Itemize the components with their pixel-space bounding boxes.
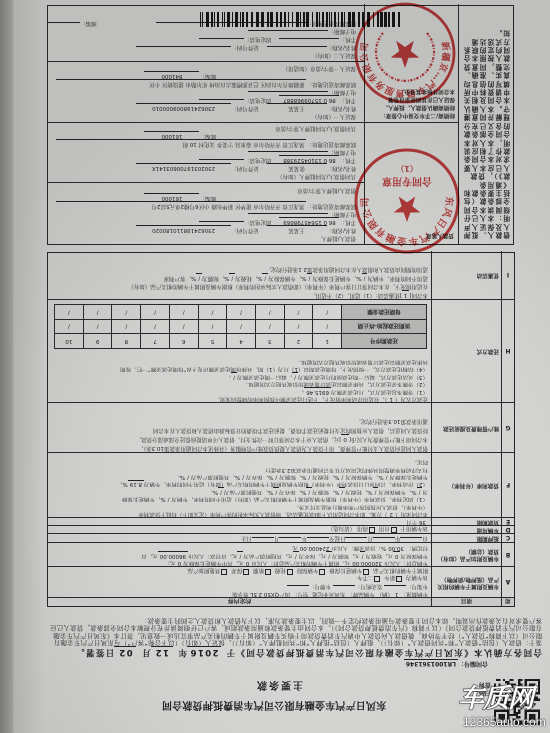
address-value: 新疆维吾尔自治区 巴音郭楞蒙古自治州 库尔勒市 建设辖区 小区 [56,79,306,86]
clause-line: （年利率），借款人应按照客户利率履行利息支付义务。 [51,502,428,509]
clause-text: ）方案。如本合同适用以下第I款优惠活动，则借款人实际承担的客户利率（定义如下）将… [138,511,387,517]
clause-text: %，贴膜为 [202,275,229,281]
lender-seal-serial: （1） [396,164,418,174]
clause-text: 约定。 [411,459,428,465]
clause-text: %。 [207,489,218,495]
filled-value: / [166,495,172,501]
postcode-value [48,22,80,27]
clause-text: 元 [292,545,298,551]
party-role-label: 共同借款人/共同抵押人（如有） [277,173,356,179]
filled-value: / [384,473,390,479]
schedule-cell: / [141,319,170,334]
filled-value: 36 [417,518,428,524]
schedule-cell: / [284,305,313,320]
clause-text: 元，其中车辆延长保修为 [183,560,244,566]
party-co-borrower: 共同借款人/共同抵押人（如有）姓名/名称：张某某证件号码：23020319700… [48,122,364,182]
clause-text: （1）固定利率。贷款利率（年利率）根据车辆及附属于车辆的相关产品（如有）适用不同… [171,496,428,502]
term-key-b: B [501,542,514,566]
term-key-h: H [501,299,514,402]
row-label-amount: 每期还款金额 [342,305,427,320]
filled-value: / [340,473,346,479]
filled-value: / [417,487,423,493]
mobile-value: 86 0 15645798669 [279,217,339,224]
schedule-cell: 4 [227,334,256,349]
clause-text: 适用的期间由贷款人和借款人在本合同通用条款第2.1条进行约定。 [265,267,428,273]
clause-text: %，轮毂为 [235,275,262,281]
filled-value: 东风英菲尼迪 [310,590,347,596]
clause-text: （年利率），借款人应按照客户利率履行利息支付义务。 [293,504,428,510]
clause-text: %，车辆延长保修 [122,496,166,502]
email-label: 电子邮箱： [328,149,356,155]
schedule-cell: / [198,319,227,334]
clause-text: 该车辆用于 [399,526,428,532]
schedule-cell: 8 [112,334,141,349]
address-label: 联系邮寄送达地址： [306,141,356,147]
clause-text: 有关浮动利率调整的具体约定由双方在本合同通用条款第2.3条进行 [265,467,428,473]
id-value: 23020319700603141X [136,163,231,170]
clause-text: 。 [299,389,305,395]
filled-value: 1 [387,395,395,401]
clause-text: 车架号： [406,583,428,589]
clause-line: （4）结构化还款方式，一般情况下，每期还款期以（1）月为（1）期，具体每期还款金… [51,365,428,372]
clause-text: 发动机号： [355,583,384,589]
term-label-repayment: 还款方式 [431,299,501,402]
clause-line: 付比例：30.00%；贷款金额：人民币224000.00元 [51,544,428,551]
watermark-brand: 车质网 [458,684,550,715]
term-key-g: G [501,402,514,452]
term-content-promotion: 本合同[1]优惠活动：（1）适用，（2）不适用。在适用情况下，在本合同签订日客户… [48,251,431,299]
schedule-cell: / [255,319,284,334]
filled-value: / [196,274,202,281]
term-label-promotion: 优惠活动 [431,251,501,299]
filled-value [345,537,367,542]
clause-text: 元，首 [141,553,158,559]
name-label: 姓名/名称： [327,44,356,50]
checkbox-option: 新车 [384,575,404,581]
clause-text: 为 [422,489,428,495]
schedule-cell: / [169,305,198,320]
clause-line: （3）灵活还款方式，最后一期还款前的月还款金额为/，最后一期还款金额为/。 [51,372,428,379]
clause-text: %，车辆保险为 [345,474,383,480]
repayment-period-row: 还款期序号 12345678910 [55,334,427,349]
clause-text: 该车辆为 [404,575,428,581]
clause-text: %，轮毂为 [312,474,339,480]
clause-line: （1）等额本息还款方式，月还款金额为6915.46。 [51,387,428,394]
filled-value [287,585,309,590]
party-signature-line: 借款人/抵押人签字/盖章 [52,186,356,194]
clause-text: （4）结构化还款方式，一般情况下，每期还款期以（1）月为（1）期，具体每期还款金… [120,366,428,372]
clause-line: 适用的期间由贷款人和借款人在本合同通用条款第2.1条进行约定。 [51,265,428,274]
clause-line: 借款人同意向贷款人支付账户管理费，用于贷款人为借款人提供贷款账户管理服务（具体见… [51,443,428,452]
clause-text: 日起至 [329,535,346,541]
clause-line: 经贷款人同意后，借款人应按照约定支付提前还款手续费，提前还款手续费的计算标准由借… [51,425,428,434]
filled-value: 国产QX50 2.5L 尊享版 [230,590,292,596]
clause-text [377,526,379,532]
party-role: 共同借款人/共同抵押人（如有） [52,172,356,180]
address-value: 黑龙江省 齐齐哈尔市 建华区 新华东路 小区6号楼2单元5层2号 [56,201,306,208]
filled-value: 30.00 [386,544,406,550]
signing-date-line: 合同各方确认本《东风日产汽车金融有限公司汽车消费抵押贷款合同》于 2016年 1… [75,646,542,659]
term-content-loan-term: 36个月 [48,517,431,525]
schedule-cell: 5 [198,334,227,349]
dealer-seal: 新疆京…汽车销售服务有限公司 [353,1,457,105]
phone-label: 固定电话： [244,157,272,163]
filled-value: / [373,487,379,493]
schedule-cell: / [55,319,84,334]
clause-text: %，车辆保险为 [378,489,416,495]
email-value [248,91,328,96]
phone-label: 固定电话： [244,36,272,42]
id-value [136,46,231,51]
address-label: 联系邮寄送达地址： [306,203,356,209]
party-email-line: 电子邮箱： [52,88,356,96]
clause-text: %，其他附加产品为 [224,489,273,495]
schedule-cell: / [83,319,112,334]
filled-value [252,537,274,542]
filled-value: / [307,274,313,281]
clause-text: 通用条款第10.3条进行约定。 [355,418,428,424]
schedule-cell: 1 [313,334,342,349]
postcode-value: 161000 [144,131,199,138]
paper-edge-shadow [0,0,45,733]
watermark-site: 12365auto.com [463,715,550,730]
contract-number-label: 合同编号： [458,660,488,667]
clause-text: （请勾选） [328,526,357,532]
phone-value [199,221,244,226]
clause-text: （3）灵活还款方式，最后一期还款前的月还款金额为 [298,374,428,380]
party-borrower: 借款人/抵押人姓名/名称：王某某证件号码：230624198110180020手… [48,182,364,244]
schedule-cell: / [284,319,313,334]
term-label-loan-amount: 车辆及附加产品（如有）贷款（总额） [431,542,501,566]
party-address-line: 联系邮寄送达地址：黑龙江省 齐齐哈尔市 泰来县 宁姜乡 文化村 10 组 [52,140,356,148]
clause-line: 通用条款第10.3条进行约定。 [51,416,428,425]
id-label: 证件号码： [231,105,259,111]
filled-value [307,537,329,542]
clause-text: 本合同采用（ [395,511,428,517]
clause-text: 借款人同意向贷款人支付账户管理费，用于贷款人为借款人提供贷款账户管理服务（具体见… [138,445,428,451]
clause-text [273,567,275,573]
dealer-label-line: 经销商/二手车交易中心签章： [368,111,455,119]
clause-text: 在适用情况下，在本合同签订日客户利率（年利率）（即借款人实际承担的利率）根据车辆… [128,284,428,290]
filled-value: / [218,487,224,493]
signing-year: 2016 [187,646,221,656]
term-content-vehicle-use: 该车辆用于 自用 商用 （请勾选） [48,525,431,533]
id-label: 证件号码： [231,227,259,233]
row-label-period: 还款期序号 [342,334,427,349]
clause-line: 本合同项下账户管理费为人民币[0]元，借款人应于本合同签订时一次性支付。借款人可… [51,434,428,443]
clause-text: 月 [367,535,373,541]
party-phone-line: 手机：86 0 15709968887固定电话： [52,96,356,104]
filled-value: / [362,274,368,281]
checkbox-option: 二手车 [357,575,383,581]
party-address-line: 联系邮寄送达地址：黑龙江省 齐齐哈尔市 建华区 新华东路 小区6号楼2单元5层2… [52,202,356,210]
clause-text: 元，贴膜为 [332,553,360,559]
clause-text: %，贴膜为 [279,474,306,480]
clause-line: 自年月日起至年月日止 [51,535,428,542]
clause-text: 车牌号： [309,583,333,589]
term-key-e: E [501,517,514,525]
party-phone-line: 手机：86 0 15645798669固定电话： [52,218,356,226]
clause-text [327,567,329,573]
filled-value: 6915.46 [304,387,331,393]
clause-text: 元； [165,560,176,566]
repayment-lines: 还款方式为（1），在适用浮动利率情况下，下述月还款金额可按照利率的调整而变更。（… [51,358,428,402]
name-value: 王某某 [267,225,327,232]
clause-text: 付比例： [406,545,428,551]
filled-value: / [293,551,299,557]
clause-text: %，车辆保险为 [268,275,306,281]
clause-line: 有关浮动利率调整的具体约定由双方在本合同通用条款第2.3条进行 [51,465,428,472]
schedule-cell: 7 [141,334,170,349]
term-content-mortgage-period: 自年月日起至年月日止 [48,533,431,542]
party-guarantor-one: 保证人一（如有）姓名/名称：王某某证件号码：230624198009000010… [48,61,364,122]
preamble-paragraph: 鉴于：借款人（包括“借款人”和“共同借款人”（如有））、抵押人（包括“抵押人”和… [48,608,542,646]
clause-line: 车辆保险为0元，轮毂为/元，贴膜为/元，保养为/元，其他附加产品为/元。首付款：… [51,551,428,558]
clause-line: 还款方式为（1），在适用浮动利率情况下，下述月还款金额可按照利率的调整而变更。 [51,395,428,402]
schedule-cell: / [255,305,284,320]
filled-value: / [240,473,246,479]
repayment-range-row: 该期还款起始-终止期 ////////// [55,319,427,334]
clause-text: （2）浮动利率。合同签订日贷款利率（年利率）根据车辆及附属于车辆的相关产品（如有… [144,481,428,487]
clause-text: 附属于车辆的相关产品 [371,567,428,573]
term-label-vehicle-use: 车辆用途 [431,525,501,533]
filled-value: / [231,372,237,378]
clause-text: %，贴膜为 [312,489,339,495]
filled-value: 0 [244,559,252,565]
clause-text: （辆） 车辆品牌： [347,591,393,597]
clause-line: （2）浮动利率。合同签订日贷款利率（年利率）根据车辆及附属于车辆的相关产品（如有… [51,480,428,487]
filled-value: 224000.00 [298,544,332,550]
party-email-line: 电子邮箱： [52,210,356,218]
schedule-cell: / [141,305,170,320]
clause-text: 车辆总价：人民币 [384,560,428,566]
party-role-label: 保证人二（如有） [312,52,356,58]
phone-value [199,99,244,104]
schedule-cell: / [198,305,227,320]
schedule-cell: 3 [255,334,284,349]
term-content-interest-rate: 本合同采用（2）方案。如本合同适用以下第I款优惠活动，则借款人实际承担的客户利率… [48,452,431,517]
term-label-mortgage-period: 抵押期限 [431,533,501,542]
contract-number-value: LR1001361346 [404,659,458,666]
day-suffix: 日签署。 [75,647,115,657]
clause-text: %，轮毂为 [345,489,372,495]
row-label-range: 该期还款起始-终止期 [342,319,427,334]
email-value [248,30,328,35]
signature-label: 共同借款人/共同抵押人签字/盖章 [275,125,356,131]
filled-value: / [306,473,312,479]
clause-line: 本合同采用（2）方案。如本合同适用以下第I款优惠活动，则借款人实际承担的客户利率… [51,510,428,517]
party-signature-line: 共同借款人/共同抵押人签字/盖章 [52,124,356,132]
signing-month: 12 [151,646,173,656]
clause-line: 该车辆用于 自用 商用 （请勾选） [51,526,428,533]
schedule-cell: / [112,305,141,320]
clause-text: 元，其他附加产品为 [243,553,293,559]
checkbox-option: 贴膜 [253,567,273,573]
mobile-value: 86 0 15709968887 [279,95,339,102]
party-name-line: 姓名/名称：张某某证件号码：23020319700603141X [52,164,356,172]
clause-line: 附属于车辆的相关产品 车辆延长保修 车辆保险 轮毂 贴膜 保养 其他附加产品 [51,567,428,574]
clause-text: ]优惠活动：（1）适用，（2）不适用。 [310,292,402,298]
filled-value: 0 [176,559,184,565]
schedule-cell: 10 [55,334,84,349]
party-role: 借款人/抵押人 [52,234,356,242]
term-content-collateral: 车辆数量：1（辆） 车辆品牌：东风英菲尼迪 型号：国产QX50 2.5L 尊享版… [48,566,431,597]
contract-number: 合同编号：LR1001361346 [404,659,488,669]
postcode-value: 161000 [144,193,199,200]
clause-line: 为/%，车辆保险为/%，轮毂为/%，贴膜为/%，保养为/%，其他附加产品为/%。 [51,487,428,494]
clause-line: 该车辆为 新车 二手车 [51,575,428,582]
schedule-cell: 6 [169,334,198,349]
schedule-cell: / [313,319,342,334]
filled-value: / [262,274,268,281]
clause-text: 本合同[ [409,292,428,298]
term-key-f: F [501,452,514,517]
name-value: 王某某 [267,103,327,110]
email-label: 电子邮箱： [328,211,356,217]
clause-text: %， [117,481,128,487]
clause-text: ），在适用浮动利率情况下，下述月还款金额可按照利率的调整而变更。 [214,396,387,402]
clause-text: 个月 [406,519,417,525]
clause-line: 具体还款金额以还款计划表或短信或其他方式的通知。 [51,358,428,365]
filled-value: 320000.00 [350,559,384,565]
checkbox-option: 保养 [231,567,251,573]
term-label-collateral: 车辆及附属于车辆的相关产品（抵押物/质押物） [431,566,501,597]
seal-star-icon [391,41,420,68]
phone-label: 固定电话： [244,97,272,103]
clause-text: %。 [174,474,185,480]
clause-text: 车辆数量： [400,591,428,597]
party-name-line: 姓名/名称：王某某证件号码：230624198110180020 [52,226,356,234]
seal-star-icon [394,197,421,222]
term-content-account-fee: 借款人同意向贷款人支付账户管理费，用于贷款人为借款人提供贷款账户管理服务（具体见… [48,402,431,452]
month-suffix: 月 [141,647,151,657]
clause-text: 元，轮毂为 [365,553,393,559]
filled-value: 8.19 [128,480,144,486]
clause-text: 元。首付款：人民币 [188,553,238,559]
party-signature-line: 保证人一签字/盖章（如适用） [52,64,356,72]
filled-value: 0 [341,434,349,441]
phone-label: 固定电话： [244,219,272,225]
signing-prefix: 合同各方确认本《东风日产汽车金融有限公司汽车消费抵押贷款合同》于 [225,647,542,657]
phone-value [199,38,244,43]
clause-line: 车辆总价：人民币320000.00元，附属于车辆的相关产品总价：人民币0元，其中… [51,559,428,566]
checkbox-option: 其他附加产品 [187,567,229,573]
term-key-i: I [501,251,514,299]
clause-text: （2）等额本金还款方式，具体金额以还款计划表或短信或其他方式的通知。 [243,381,428,387]
schedule-cell: / [55,305,84,320]
clause-line: 36个月 [51,518,428,525]
email-value [248,151,328,156]
party-email-line: 电子邮箱： [52,148,356,156]
email-label: 电子邮箱： [328,28,356,34]
party-address-line: 联系邮寄送达地址：新疆维吾尔自治区 巴音郭楞蒙古自治州 库尔勒市 建设辖区 小区 [52,80,356,88]
filled-value: / [185,473,191,479]
term-content-repayment: 还款方式为（1），在适用浮动利率情况下，下述月还款金额可按照利率的调整而变更。（… [48,299,431,402]
filled-value [400,537,422,542]
party-name-line: 姓名/名称：证件号码： [52,43,356,51]
filled-value: 0 [393,551,401,557]
clause-text: 本合同项下账户管理费为人民币[ [349,436,428,442]
mobile-value [279,38,339,43]
clause-line: （1）固定利率。贷款利率（年利率）根据车辆及附属于车辆的相关产品（如有）适用不同… [51,495,428,502]
party-email-line: 电子邮箱： [52,27,356,35]
filled-value: 1 [393,590,401,596]
filled-value: 1 [402,291,410,298]
postcode-label: 邮编： [80,20,97,26]
phone-value [199,159,244,164]
repayment-schedule-table: 还款期序号 12345678910 该期还款起始-终止期 ////////// … [54,304,427,349]
name-label: 姓名/名称： [327,227,356,233]
filled-value: / [360,551,366,557]
email-value [248,213,328,218]
schedule-cell: 2 [284,334,313,349]
address-value: 黑龙江省 齐齐哈尔市 泰来县 宁姜乡 文化村 10 组 [56,139,306,146]
checkbox-option: 车辆延长保修 [329,567,371,573]
clause-text: 年 [395,535,401,541]
party-role-label: 保证人一（如有） [312,113,356,119]
party-role: 保证人二（如有） [52,51,356,59]
clause-text [229,567,231,573]
clause-text: 还款方式为（ [395,396,428,402]
clause-text: 车辆保险为 [400,553,428,559]
term-label-account-fee: 账户管理费及提前还款 [431,402,501,452]
id-label: 证件号码： [231,44,259,50]
party-phone-line: 手机：固定电话： [52,35,356,43]
term-key-d: D [501,525,514,533]
schedule-cell: / [169,319,198,334]
clause-line: 适用不同的利率，车辆为/%，车辆延长保修为/%，车辆保险为/%，轮毂为/%，贴膜… [51,274,428,283]
party-role-label: 借款人/抵押人 [321,235,356,241]
party-role: 保证人一（如有） [52,112,356,120]
mobile-value: 86 0 13104529388 [279,155,339,162]
clause-line: 约定。 [51,458,428,465]
clause-text: （1）等额本息还款方式，月还款金额为 [331,389,428,395]
clause-text: %，保养为 [246,474,273,480]
filled-value [373,537,395,542]
filled-value [279,537,301,542]
party-declaration: 借款人、抵押人及保证人声明：本人已仔细阅读本合同全部条款（包括主要条款和《通用条… [458,4,513,244]
clause-line: 在适用情况下，在本合同签订日客户利率（年利率）（即借款人实际承担的利率）根据车辆… [51,282,428,291]
clause-text: 元，附属于车辆的相关产品总价：人民币 [251,560,350,566]
clause-text: 型号： [292,591,310,597]
filled-value: / [273,473,279,479]
header-item-no: 项 [501,597,514,606]
clause-text: 年 [301,535,307,541]
term-label-loan-term: 贷款期限 [431,517,501,525]
filled-value: / [306,487,312,493]
checkbox-option: 车辆保险 [296,567,327,573]
clause-line: 车架号： 发动机号： 车牌号： [51,582,428,589]
clause-text [251,567,253,573]
clause-text: 适用不同的利率，车辆为 [367,275,428,281]
clause-text: 。 [226,374,232,380]
party-phone-line: 手机：86 0 13104529388固定电话： [52,156,356,164]
checkbox-option: 商用 [357,526,377,532]
lender-contract-seal: 东风日产汽车金融有限公司 合同专用章 （1） [353,147,461,255]
clause-text: %，客户利率 [164,275,197,281]
clause-text: 车辆延长保修为 [389,474,428,480]
clause-text: ，最后一期还款金额为 [237,374,292,380]
clause-line: 车辆数量：1（辆） 车辆品牌：东风英菲尼迪 型号：国产QX50 2.5L 尊享版 [51,590,428,597]
schedule-cell: / [112,319,141,334]
name-value: 张某某 [267,163,327,170]
clause-text: 日止 [241,535,252,541]
year-suffix: 年 [177,647,187,657]
watermark: 车质网 12365auto.com [458,684,550,733]
main-terms-table: 项 项目 约定内容 A 车辆及附属于车辆的相关产品（抵押物/质押物） 车辆数量：… [47,252,515,607]
clause-text: %，其他附加产品为 [191,474,240,480]
term-content-loan-amount: 车辆总价：人民币320000.00元，附属于车辆的相关产品总价：人民币0元，其中… [48,542,431,566]
